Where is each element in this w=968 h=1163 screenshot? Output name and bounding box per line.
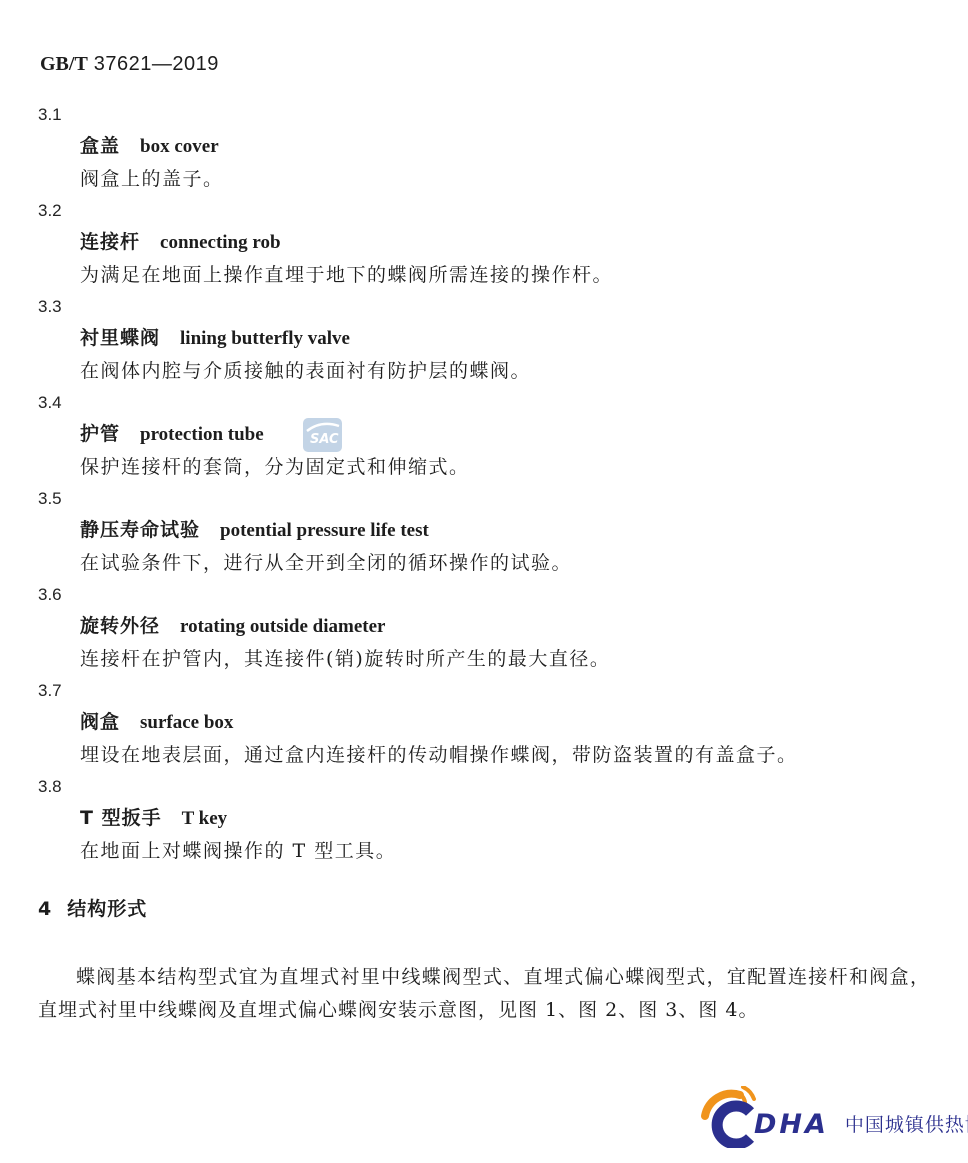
cdha-logo-icon: [698, 1086, 762, 1148]
association-logo: DHA 中国城镇供热协会: [698, 1086, 968, 1148]
standard-year-number: 37621—2019: [94, 53, 219, 75]
term-definition: 为满足在地面上操作直埋于地下的蝶阀所需连接的操作杆。: [80, 259, 968, 291]
term-definition: 埋设在地表层面，通过盒内连接杆的传动帽操作蝶阀，带防盗装置的有盖盒子。: [80, 739, 968, 771]
term-heading: 静压寿命试验potential pressure life test: [80, 514, 968, 547]
term-heading: 旋转外径rotating outside diameter: [80, 610, 968, 643]
section-4-heading: 4结构形式: [38, 893, 968, 925]
term-definition: 保护连接杆的套筒，分为固定式和伸缩式。: [80, 451, 968, 483]
term-item-3-8: 3.8 T 型扳手T key 在地面上对蝶阀操作的 T 型工具。: [0, 771, 968, 867]
term-zh: 盒盖: [80, 135, 120, 157]
standard-number-header: GB/T37621—2019: [40, 53, 219, 76]
term-en: rotating outside diameter: [180, 616, 385, 637]
term-zh: 连接杆: [80, 231, 140, 253]
term-heading: 连接杆connecting rob: [80, 226, 968, 259]
term-en: protection tube: [140, 424, 264, 445]
sac-watermark: SAC: [303, 418, 342, 452]
svg-text:SAC: SAC: [310, 432, 339, 447]
term-item-3-7: 3.7 阀盒surface box 埋设在地表层面，通过盒内连接杆的传动帽操作蝶…: [0, 675, 968, 771]
terms-and-definitions-list: 3.1 盒盖box cover 阀盒上的盖子。 3.2 连接杆connectin…: [0, 99, 968, 1027]
term-definition: 在阀体内腔与介质接触的表面衬有防护层的蝶阀。: [80, 355, 968, 387]
term-item-3-3: 3.3 衬里蝶阀lining butterfly valve 在阀体内腔与介质接…: [0, 291, 968, 387]
term-zh: 阀盒: [80, 711, 120, 733]
document-page: GB/T37621—2019 3.1 盒盖box cover 阀盒上的盖子。 3…: [0, 0, 968, 1163]
term-definition: 在地面上对蝶阀操作的 T 型工具。: [80, 835, 968, 867]
term-zh: T 型扳手: [80, 807, 162, 829]
term-number: 3.6: [38, 579, 968, 610]
term-number: 3.7: [38, 675, 968, 706]
term-zh: 护管: [80, 423, 120, 445]
term-item-3-2: 3.2 连接杆connecting rob 为满足在地面上操作直埋于地下的蝶阀所…: [0, 195, 968, 291]
logo-association-name: 中国城镇供热协会: [845, 1110, 968, 1137]
section-4-paragraph: 蝶阀基本结构型式宜为直埋式衬里中线蝶阀型式、直埋式偏心蝶阀型式，宜配置连接杆和阀…: [38, 961, 930, 1027]
standard-code: GB/T: [40, 53, 88, 75]
term-item-3-6: 3.6 旋转外径rotating outside diameter 连接杆在护管…: [0, 579, 968, 675]
term-number: 3.1: [38, 99, 968, 130]
term-definition: 阀盒上的盖子。: [80, 163, 968, 195]
term-en: box cover: [140, 136, 219, 157]
term-heading: 护管protection tube: [80, 418, 968, 451]
term-item-3-5: 3.5 静压寿命试验potential pressure life test 在…: [0, 483, 968, 579]
term-heading: 阀盒surface box: [80, 706, 968, 739]
term-number: 3.3: [38, 291, 968, 322]
term-heading: 盒盖box cover: [80, 130, 968, 163]
term-zh: 旋转外径: [80, 615, 160, 637]
term-zh: 衬里蝶阀: [80, 327, 160, 349]
logo-acronym: DHA: [754, 1109, 829, 1140]
term-heading: 衬里蝶阀lining butterfly valve: [80, 322, 968, 355]
term-number: 3.2: [38, 195, 968, 226]
section-title: 结构形式: [67, 898, 147, 920]
section-number: 4: [38, 898, 51, 920]
term-number: 3.8: [38, 771, 968, 802]
term-en: lining butterfly valve: [180, 328, 350, 349]
term-heading: T 型扳手T key: [80, 802, 968, 835]
term-en: T key: [182, 808, 228, 829]
term-en: potential pressure life test: [220, 520, 429, 541]
term-number: 3.5: [38, 483, 968, 514]
term-item-3-1: 3.1 盒盖box cover 阀盒上的盖子。: [0, 99, 968, 195]
term-definition: 在试验条件下，进行从全开到全闭的循环操作的试验。: [80, 547, 968, 579]
term-zh: 静压寿命试验: [80, 519, 200, 541]
sac-watermark-icon: SAC: [303, 418, 342, 452]
term-item-3-4: 3.4 护管protection tube 保护连接杆的套筒，分为固定式和伸缩式…: [0, 387, 968, 483]
term-en: connecting rob: [160, 232, 281, 253]
term-en: surface box: [140, 712, 233, 733]
term-number: 3.4: [38, 387, 968, 418]
term-definition: 连接杆在护管内，其连接件(销)旋转时所产生的最大直径。: [80, 643, 968, 675]
